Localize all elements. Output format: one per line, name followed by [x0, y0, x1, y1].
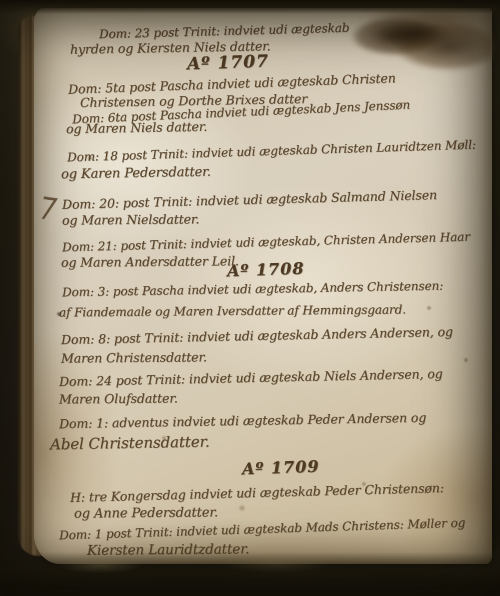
year-heading-1708: Aº 1708 — [227, 259, 305, 281]
photo-bottom-shadow — [0, 552, 500, 596]
manuscript-line: Abel Christensdatter. — [50, 433, 210, 454]
manuscript-line: Dom: 3: post Pascha indviet udi ægteskab… — [62, 279, 443, 300]
manuscript-line: Dom: 24 post Trinit: indviet udi ægteska… — [59, 366, 443, 389]
ink-flourish-mark: ⁊ — [34, 183, 56, 225]
manuscript-line: og Maren Andersdatter Leil. — [61, 253, 239, 270]
manuscript-line: og Maren Niels datter. — [66, 119, 207, 136]
manuscript-line: og Maren Nielsdatter. — [62, 211, 199, 227]
year-heading-1709: Aº 1709 — [242, 457, 320, 479]
manuscript-line: og Anne Pedersdatter. — [74, 505, 218, 521]
manuscript-line: og Karen Pedersdatter. — [61, 165, 211, 183]
manuscript-line: H: tre Kongersdag indviet udi ægteskab P… — [70, 480, 444, 505]
manuscript-line: Dom: 20: post Trinit: indviet udi ægtesk… — [62, 187, 437, 212]
manuscript-line: Maren Christensdatter. — [61, 349, 207, 365]
manuscript-line: Dom: 18 post Trinit: indviet udi ægteska… — [67, 138, 476, 165]
manuscript-line: Dom: 21: post Trinit: indviet udi ægtesk… — [62, 230, 470, 255]
manuscript-page: Dom: 23 post Trinit: indviet udi ægteska… — [34, 8, 492, 564]
photo-top-shadow — [0, 0, 500, 14]
manuscript-photo: Dom: 23 post Trinit: indviet udi ægteska… — [0, 0, 500, 596]
manuscript-line: Dom: 1: adventus indviet udi ægteskab Pe… — [59, 410, 426, 431]
manuscript-line: Dom: 8: post Trinit: indviet udi ægteska… — [61, 324, 453, 347]
manuscript-line: Maren Olufsdatter. — [59, 390, 178, 406]
manuscript-line: af Fiandemaale og Maren Iversdatter af H… — [59, 302, 406, 319]
year-heading-1707: Aº 1707 — [187, 52, 270, 75]
ink-stain-core — [364, 16, 474, 56]
